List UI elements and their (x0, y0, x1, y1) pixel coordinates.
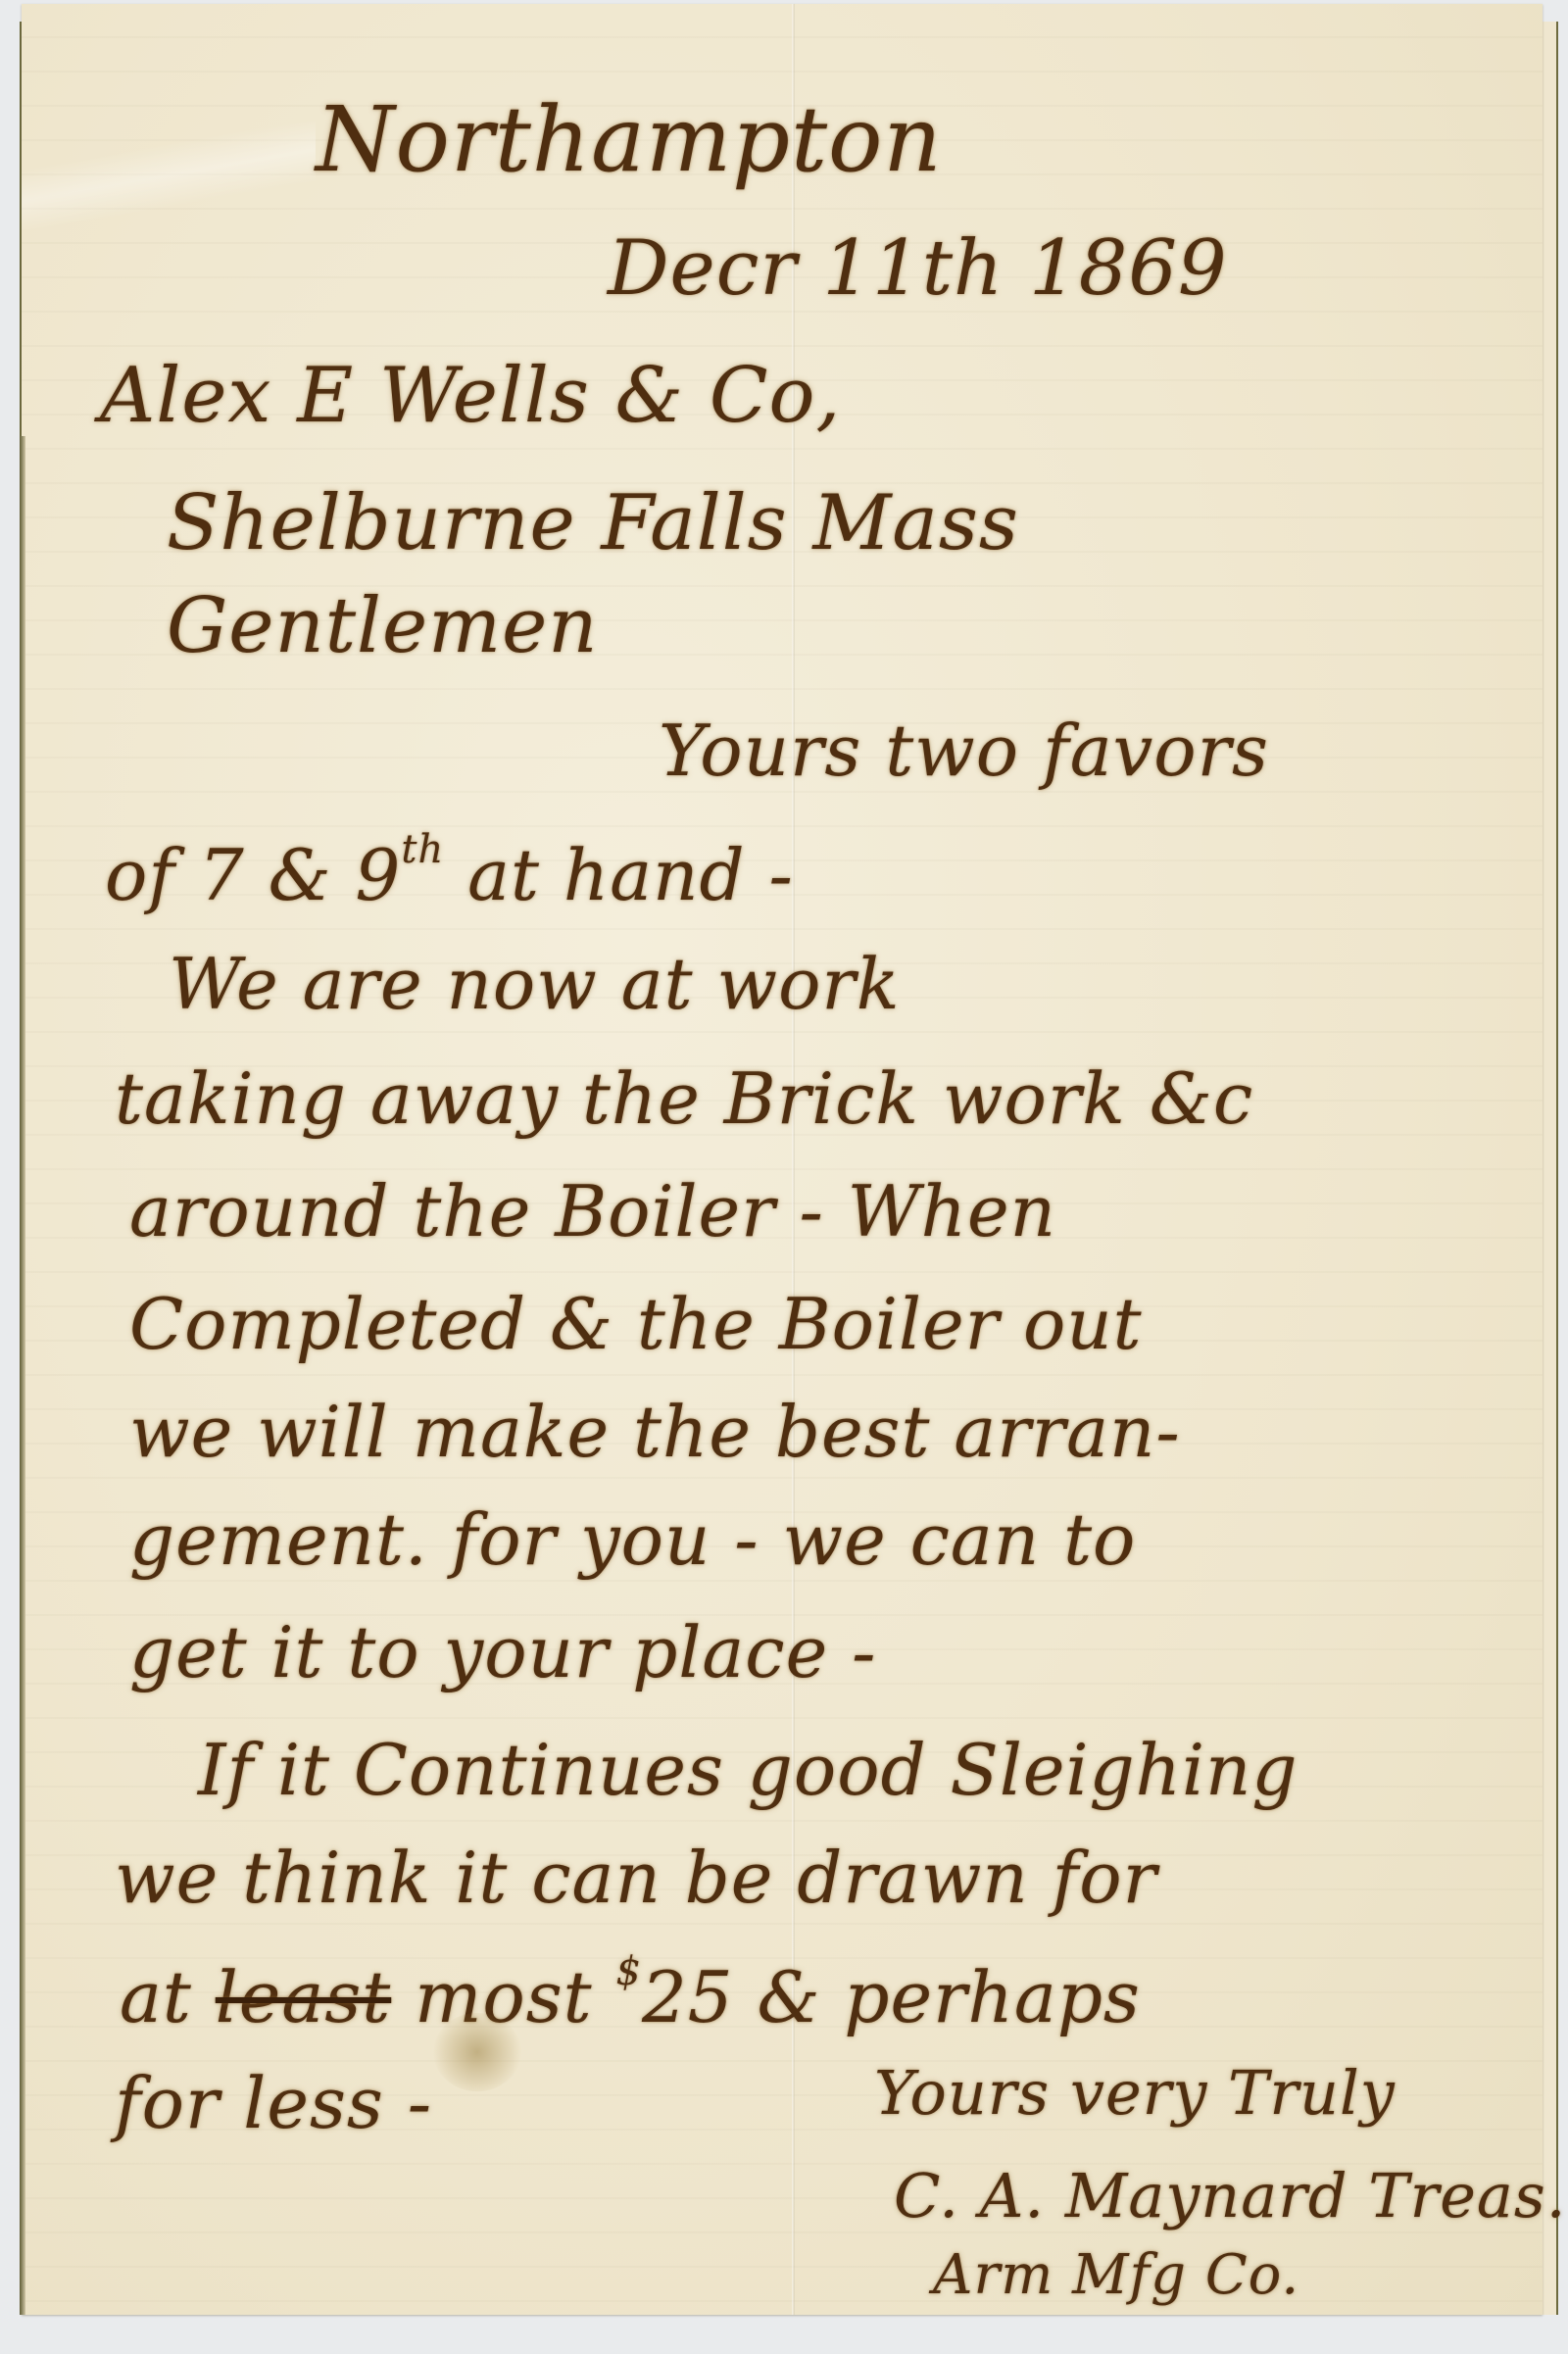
letter-date: Decr 11th 1869 (608, 224, 1228, 313)
closing: Yours very Truly (874, 2057, 1396, 2129)
salutation: Gentlemen (167, 582, 599, 670)
body-line-5: around the Boiler - When (129, 1170, 1056, 1252)
body-line-8: gement. for you - we can to (129, 1498, 1136, 1581)
corner-fold (22, 122, 316, 229)
dollar-sign: $ (615, 1949, 641, 1994)
body-line-1: Yours two favors (659, 710, 1269, 792)
ordinal-superscript: th (401, 827, 444, 872)
letter-place: Northampton (316, 87, 943, 192)
body-line-12: at least most $25 & perhaps (120, 1949, 1141, 2038)
paper-left-edge (20, 436, 25, 2315)
body-line-11: we think it can be drawn for (115, 1837, 1157, 1919)
body-line-12-pre: at (120, 1956, 216, 2038)
body-line-2: of 7 & 9th at hand - (105, 827, 794, 916)
body-line-9: get it to your place - (129, 1611, 876, 1693)
body-line-2-pre: of 7 & 9 (105, 834, 401, 916)
recipient-location: Shelburne Falls Mass (167, 479, 1019, 567)
recipient-name: Alex E Wells & Co, (100, 352, 841, 440)
body-line-4: taking away the Brick work &c (115, 1057, 1253, 1140)
body-line-12-tail: & perhaps (734, 1956, 1141, 2038)
letter-page: Northampton Decr 11th 1869 Alex E Wells … (22, 4, 1543, 2315)
ink-blot (433, 2013, 521, 2091)
body-line-10: If it Continues good Sleighing (198, 1729, 1298, 1811)
body-line-13: for less - (115, 2062, 432, 2144)
body-line-2-post: at hand - (444, 834, 794, 916)
signature-org: Arm Mfg Co. (933, 2243, 1299, 2307)
body-line-6: Completed & the Boiler out (129, 1283, 1143, 1365)
struck-word: least (216, 1956, 391, 2038)
amount: 25 (642, 1956, 734, 2038)
body-line-7: we will make the best arran- (129, 1391, 1181, 1473)
signature-name: C. A. Maynard Treas. (894, 2160, 1566, 2231)
body-line-3: We are now at work (169, 943, 900, 1025)
